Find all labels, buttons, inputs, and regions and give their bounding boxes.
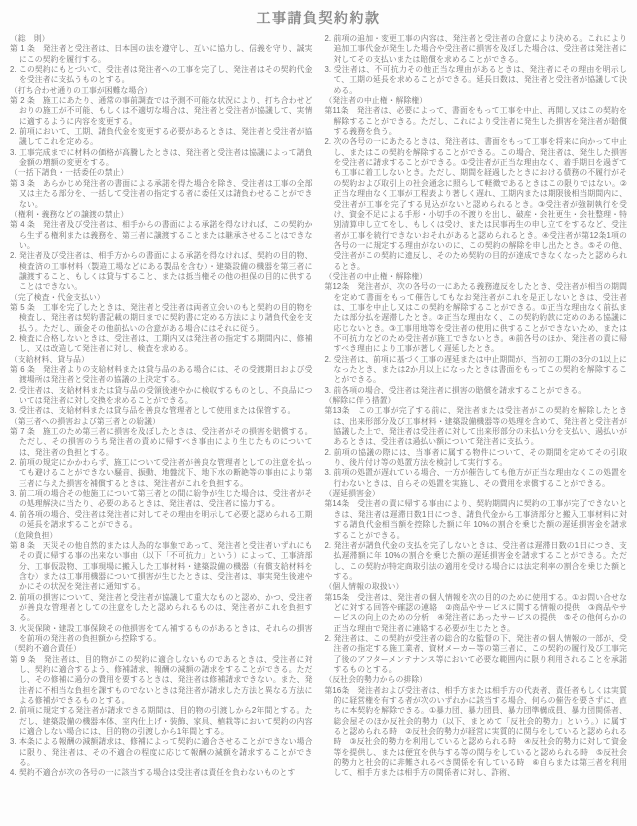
clause-heading: （危険負担）: [10, 531, 313, 541]
contract-document-page: 工事請負契約約款 （総 則）第 1 条 発注者と受注者は、日本国の法を遵守し、互…: [0, 0, 637, 826]
clause-paragraph: 3. 工事完成までに材料の価格が高騰したときは、発注者と受注者は協議によって請負…: [10, 148, 313, 169]
clause-paragraph: 3. 受注者は、不可抗力その他正当な理由があるときは、発注者にその理由を明示して…: [325, 65, 628, 96]
clause-paragraph: 第 3 条 あらかじめ発注者の書面による承諾を得た場合を除き、受注者は工事の全部…: [10, 179, 313, 210]
clause-paragraph: 2. 検査に合格しないときは、受注者は、工期内又は発注者の指定する期間内に、修補…: [10, 334, 313, 355]
clause-heading: （発注者の中止権・解除権）: [325, 96, 628, 106]
clause-heading: （支給材料、貸与品）: [10, 355, 313, 365]
clause-heading: （打ち合わせ通りの工事が困難な場合）: [10, 86, 313, 96]
clause-heading: （遅延損害金）: [325, 489, 628, 499]
clause-paragraph: 3. 受注者は、支給材料または貸与品を善良な管理者として使用または保管する。: [10, 406, 313, 416]
document-title: 工事請負契約約款: [10, 10, 627, 26]
clause-heading: （反社会的勢力からの排除）: [325, 675, 628, 685]
clause-paragraph: 第 5 条 工事を完了したときは、発注者と受注者は両者立会いのもと契約の目的物を…: [10, 303, 313, 334]
clause-heading: （個人情報の取扱い）: [325, 582, 628, 592]
clause-heading: （権利・義務などの譲渡の禁止）: [10, 210, 313, 220]
clause-heading: （解除に伴う措置）: [325, 396, 628, 406]
clause-paragraph: 2. 前項に規定する発注者が請求できる期間は、目的物の引渡しから2年間とする。た…: [10, 706, 313, 737]
two-column-layout: （総 則）第 1 条 発注者と受注者は、日本国の法を遵守し、互いに協力し、信義を…: [10, 34, 627, 779]
clause-paragraph: 第 9 条 発注者は、目的物がこの契約に適合しないものであるときは、受注者に対し…: [10, 655, 313, 707]
clause-paragraph: 2. 発注者及び受注者は、相手方からの書面による承諾を得なければ、契約の目的物、…: [10, 251, 313, 292]
clause-paragraph: 第 2 条 施工にあたり、通常の事前調査では予測不可能な状況により、打ち合わせど…: [10, 96, 313, 127]
clause-paragraph: 2. 発注者は、この契約が受注者の総合的な監督の下、発注者の個人情報の一部が、受…: [325, 634, 628, 675]
clause-paragraph: 第 7 条 施工のため第三者に損害を及ぼしたときは、受注者がその損害を賠償する。…: [10, 427, 313, 458]
clause-paragraph: 3. 前各項の場合、受注者は発注者に損害の賠償を請求することができる。: [325, 386, 628, 396]
clause-heading: （総 則）: [10, 34, 313, 44]
clause-paragraph: 第 8 条 天災その他自然的または人為的な事象であって、発注者と受注者いずれにも…: [10, 541, 313, 593]
clause-paragraph: 2. この契約にもとづいて、受注者は発注者への工事を完了し、発注者はその契約代金…: [10, 65, 313, 86]
clause-paragraph: 第 4 条 発注者及び受注者は、相手からの書面による承諾を得なければ、この契約か…: [10, 220, 313, 251]
left-column: （総 則）第 1 条 発注者と受注者は、日本国の法を遵守し、互いに協力し、信義を…: [10, 34, 313, 779]
clause-paragraph: 4. 前各項の場合、受注者は発注者に対してその理由を明示して必要と認められる工期…: [10, 510, 313, 531]
clause-paragraph: 第11条 発注者は、必要によって、書面をもって工事を中止、再開し又はこの契約を解…: [325, 106, 628, 137]
clause-paragraph: 第15条 受注者は、発注者の個人情報を次の目的のために使用する。①お問い合せなど…: [325, 593, 628, 634]
clause-paragraph: 2. 次の各号の一にあたるときは、発注者は、書面をもって工事を将来に向かって中止…: [325, 137, 628, 271]
clause-paragraph: 2. 前項の追加・変更工事の内容は、発注者と受注者の合意により決める。これにより…: [325, 34, 628, 65]
clause-paragraph: 第 6 条 発注者よりの支給材料または貸与品のある場合には、その受渡期日および受…: [10, 365, 313, 386]
clause-paragraph: 4. 契約不適合が次の各号の一に該当する場合は受注者は責任を負わないものとす: [10, 768, 313, 778]
clause-heading: （完了検査・代金支払い）: [10, 293, 313, 303]
clause-paragraph: 2. 前項の協議の際には、当事者に属する物件について、その期間を定めてその引取り…: [325, 448, 628, 469]
clause-paragraph: 3. 前項の処置が遅れている場合、一方が催告しても他方が正当な理由なくこの処置を…: [325, 468, 628, 489]
clause-paragraph: 第 1 条 発注者と受注者は、日本国の法を遵守し、互いに協力し、信義を守り、誠実…: [10, 44, 313, 65]
clause-heading: （契約不適合責任）: [10, 644, 313, 654]
clause-paragraph: 3. 前二項の場合その他施工について第三者との間に紛争が生じた場合は、受注者がそ…: [10, 489, 313, 510]
clause-paragraph: 2. 受注者は、支給材料または貸与品の受領後速やかに検収するものとし、不良品につ…: [10, 386, 313, 407]
clause-heading: （一括下請負・一括委任の禁止）: [10, 168, 313, 178]
right-column: 2. 前項の追加・変更工事の内容は、発注者と受注者の合意により決める。これにより…: [325, 34, 628, 779]
clause-paragraph: 2. 前項の損害について、発注者と受注者が協議して重大なものと認め、かつ、受注者…: [10, 593, 313, 624]
clause-heading: （第三者への損害および第三者との紛議）: [10, 417, 313, 427]
clause-paragraph: 第16条 発注者および受注者は、相手方または相手方の代表者、責任者もしくは実質的…: [325, 686, 628, 779]
clause-paragraph: 2. 前項において、工期、請負代金を変更する必要があるときは、発注者と受注者が協…: [10, 127, 313, 148]
clause-paragraph: 2. 受注者は、前項に基づく工事の遅延または中止期間が、当初の工期の3分の1以上…: [325, 355, 628, 386]
clause-heading: （受注者の中止権・解除権）: [325, 272, 628, 282]
clause-paragraph: 3. 本条による報酬の減額請求は、修補によって契約に適合させることができない場合…: [10, 737, 313, 768]
clause-paragraph: 第13条 この工事が完了する前に、発注者または受注者がこの契約を解除したときは、…: [325, 406, 628, 447]
clause-paragraph: 2. 前項の規定にかかわらず、施工について受注者が善良な管理者としての注意を払っ…: [10, 458, 313, 489]
clause-paragraph: 3. 火災保険・建設工事保険その他損害をてん補するものがあるときは、それらの損害…: [10, 624, 313, 645]
clause-paragraph: 2. 発注者が請負代金の支払を完了しないときは、受注者は遅滞日数の1日につき、支…: [325, 541, 628, 582]
clause-paragraph: 第12条 発注者が、次の各号の一にあたる義務違反をしたとき、受注者が相当の期間を…: [325, 282, 628, 354]
clause-paragraph: 第14条 受注者の責に帰する事由により、契約期間内に契約の工事が完了できないとき…: [325, 499, 628, 540]
